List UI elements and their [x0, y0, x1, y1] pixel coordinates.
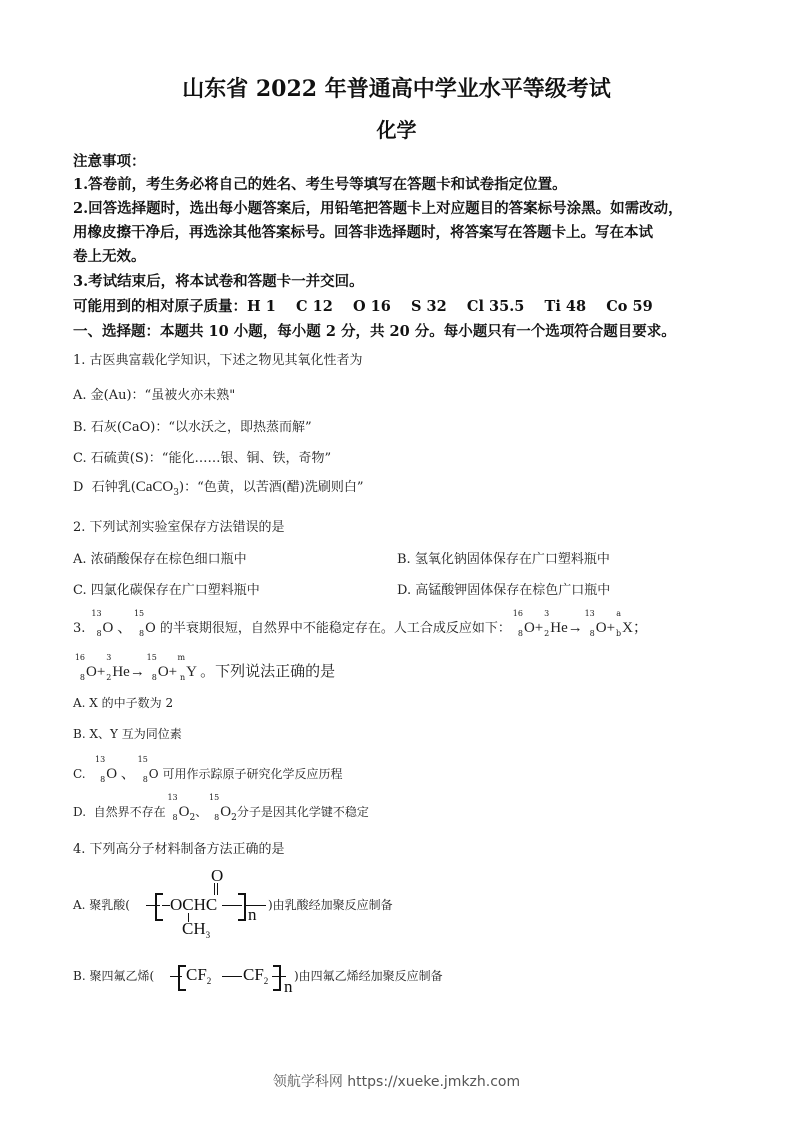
- question-1-option-d: D 石钟乳(CaCO3)：“色黄，以苦酒(醋)洗刷则白”: [73, 476, 364, 498]
- isotope-notation: 138: [90, 618, 103, 632]
- question-1-option-c: C. 石硫黄(S)：“能化……银、铜、铁，奇物”: [73, 447, 331, 466]
- atomic-masses-values: H 1 C 12 O 16 S 32 Cl 35.5 Ti 48 Co 59: [247, 298, 653, 315]
- isotope-notation: 168: [511, 618, 524, 632]
- question-2-option-a: A. 浓硝酸保存在棕色细口瓶中: [73, 548, 247, 567]
- section-heading: 一、选择题：本题共 10 小题，每小题 2 分，共 20 分。每小题只有一个选项…: [73, 320, 676, 341]
- question-4-stem: 4. 下列高分子材料制备方法正确的是: [73, 838, 285, 857]
- question-3-stem-line2: 168O+32He→158O+mnY 。下列说法正确的是: [73, 660, 335, 681]
- notice-item: 2.回答选择题时，选出每小题答案后，用铅笔把答题卡上对应题目的答案标号涂黑。如需…: [73, 197, 683, 218]
- question-1-option-b: B. 石灰(CaO)：“以水沃之，即热蒸而解”: [73, 416, 312, 435]
- notice-item: 1.答卷前，考生务必将自己的姓名、考生号等填写在答题卡和试卷指定位置。: [73, 173, 567, 194]
- isotope-notation: 158: [132, 618, 145, 632]
- formula-caco3: CaCO: [136, 479, 174, 495]
- question-2-option-d: D. 高锰酸钾固体保存在棕色广口瓶中: [397, 579, 610, 598]
- footer-watermark: 领航学科网 https://xueke.jmkzh.com: [0, 1071, 793, 1091]
- notice-item: 卷上无效。: [73, 245, 146, 266]
- question-2-option-b: B. 氢氧化钠固体保存在广口塑料瓶中: [397, 548, 610, 567]
- question-2-stem: 2. 下列试剂实验室保存方法错误的是: [73, 516, 285, 535]
- notice-item: 用橡皮擦干净后，再选涂其他答案标号。回答非选择题时，将答案写在答题卡上。写在本试: [73, 221, 653, 242]
- question-1-stem: 1. 古医典富载化学知识，下述之物见其氧化性者为: [73, 349, 363, 368]
- exam-title: 山东省 2022 年普通高中学业水平等级考试: [0, 72, 793, 103]
- question-3-option-c: C. 138O 、158O 可用作示踪原子研究化学反应历程: [73, 762, 342, 783]
- question-3-stem-line1: 3. 138O 、158O 的半衰期很短，自然界中不能稳定存在。人工合成反应如下…: [73, 616, 648, 637]
- atomic-masses: 可能用到的相对原子质量：H 1 C 12 O 16 S 32 Cl 35.5 T…: [73, 295, 653, 316]
- notice-heading: 注意事项：: [73, 150, 146, 171]
- question-2-option-c: C. 四氯化碳保存在广口塑料瓶中: [73, 579, 260, 598]
- question-3-option-b: B. X、Y 互为同位素: [73, 725, 182, 742]
- question-3-option-a: A. X 的中子数为 2: [73, 694, 173, 711]
- question-1-option-a: A. 金(Au)：“虽被火亦未熟": [73, 384, 235, 403]
- atomic-masses-label: 可能用到的相对原子质量：: [73, 298, 247, 315]
- notice-item: 3.考试结束后，将本试卷和答题卡一并交回。: [73, 270, 364, 291]
- question-3-option-d: D. 自然界不存在138O2、158O2分子是因其化学键不稳定: [73, 802, 369, 823]
- exam-subject: 化学: [0, 114, 793, 143]
